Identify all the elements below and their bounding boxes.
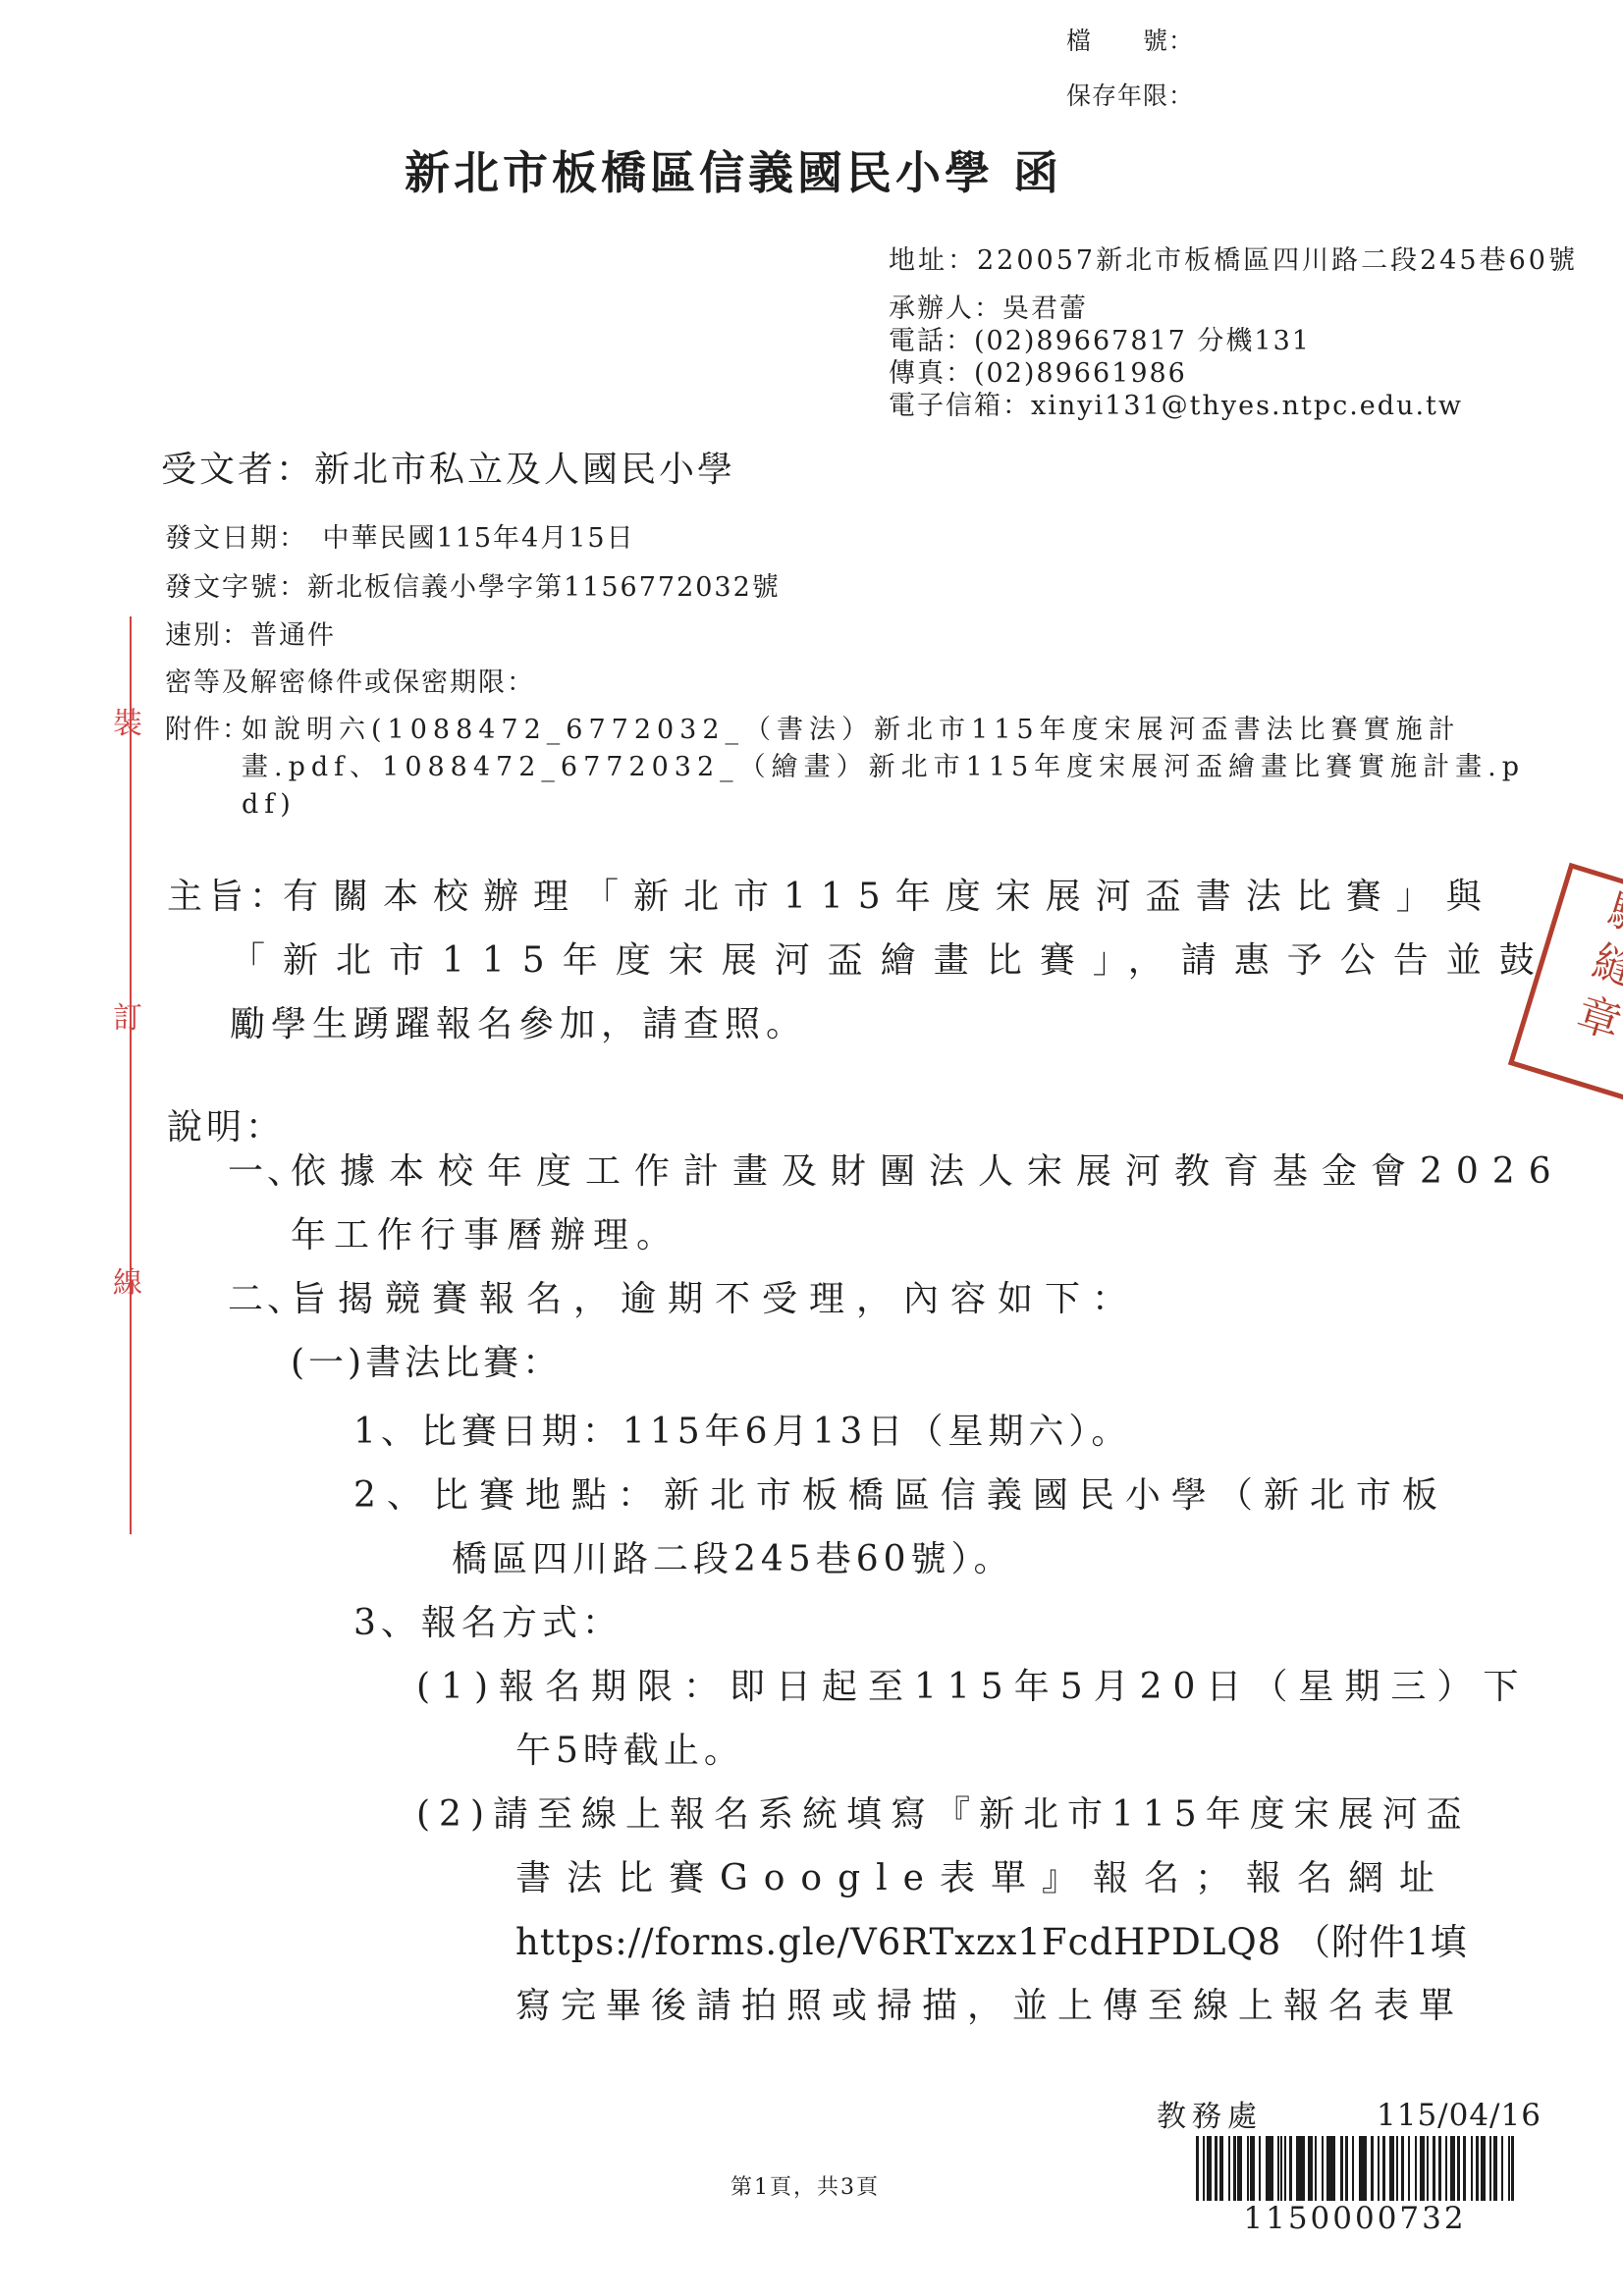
priority-level: 速別：普通件	[165, 620, 336, 651]
binding-mark-ding: 訂	[113, 993, 142, 1037]
document-page: 檔 號： 保存年限： 新北市板橋區信義國民小學 函 地址：220057新北市板橋…	[0, 0, 1623, 2296]
explanation-item-line: 旨揭競賽報名，逾期不受理，內容如下：	[291, 1279, 1139, 1319]
barcode	[1196, 2136, 1514, 2201]
contact-person: 承辦人：吳君蕾	[889, 294, 1088, 324]
contact-email: 電子信箱：xinyi131@thyes.ntpc.edu.tw	[889, 391, 1463, 421]
file-number-label: 檔 號：	[1066, 27, 1194, 56]
attachment-line: 如說明六(1088472_6772032_（書法）新北市115年度宋展河盃書法比…	[242, 715, 1461, 745]
department-stamp: 教務處	[1157, 2101, 1263, 2135]
issue-date: 發文日期： 中華民國115年4月15日	[165, 523, 635, 554]
seal-char: 騎	[1603, 886, 1623, 944]
explanation-label: 說明：	[167, 1107, 285, 1148]
registration-deadline-line: (1)報名期限：即日起至115年5月20日（星期三）下	[416, 1667, 1529, 1707]
online-registration-line: (2)請至線上報名系統填寫『新北市115年度宋展河盃	[416, 1794, 1471, 1835]
binding-mark-zhuang: 裝	[113, 699, 142, 742]
registration-method-heading: 3、報名方式：	[353, 1603, 622, 1643]
explanation-item-line: 年工作行事曆辦理。	[291, 1215, 679, 1255]
paging-seal-stamp: 騎 縫 章	[1508, 863, 1623, 1107]
subject-line: 有關本校辦理「新北市115年度宋展河盃書法比賽」與	[283, 877, 1496, 917]
registration-url: https://forms.gle/V6RTxzx1FcdHPDLQ8 （附件1…	[515, 1922, 1468, 1964]
doc-number: 發文字號：新北板信義小學字第1156772032號	[165, 572, 781, 603]
stamp-date: 115/04/16	[1377, 2099, 1542, 2134]
subject-line: 「新北市115年度宋展河盃繪畫比賽」，請惠予公告並鼓	[230, 940, 1552, 981]
seal-char: 章	[1571, 990, 1623, 1048]
recipient-line: 受文者：新北市私立及人國民小學	[161, 450, 735, 490]
seal-char: 縫	[1587, 938, 1623, 996]
page-number-info: 第1頁，共3頁	[730, 2175, 880, 2200]
registration-deadline-line: 午5時截止。	[515, 1731, 744, 1771]
contest-location-line: 橋區四川路二段245巷60號）。	[452, 1539, 1014, 1579]
document-title: 新北市板橋區信義國民小學 函	[405, 147, 1062, 199]
sub-heading-calligraphy: (一)書法比賽：	[291, 1343, 562, 1383]
contact-phone: 電話：(02)89667817 分機131	[889, 326, 1311, 356]
retention-period-label: 保存年限：	[1066, 82, 1194, 111]
security-level: 密等及解密條件或保密期限：	[165, 667, 535, 698]
paging-seal-text: 騎 縫 章	[1571, 886, 1623, 1048]
online-registration-line: 書法比賽Google表單』報名；報名網址	[515, 1858, 1450, 1898]
sender-address: 地址：220057新北市板橋區四川路二段245巷60號	[889, 245, 1578, 276]
contest-date-line: 1、比賽日期：115年6月13日（星期六）。	[353, 1412, 1131, 1452]
explanation-item-line: 依據本校年度工作計畫及財團法人宋展河教育基金會2026	[291, 1151, 1565, 1192]
attachment-line: 畫.pdf、1088472_6772032_（繪畫）新北市115年度宋展河盃繪畫…	[242, 752, 1525, 782]
contest-location-line: 2、比賽地點：新北市板橋區信義國民小學（新北市板	[353, 1475, 1448, 1516]
binding-mark-xian: 線	[113, 1258, 142, 1302]
contact-fax: 傳真：(02)89661986	[889, 358, 1187, 389]
subject-line: 勵學生踴躍報名參加，請查照。	[230, 1004, 807, 1044]
online-registration-line: 寫完畢後請拍照或掃描，並上傳至線上報名表單	[515, 1986, 1464, 2026]
attachment-label: 附件：	[165, 715, 250, 745]
binding-line	[130, 616, 132, 1534]
attachment-line: df)	[242, 789, 297, 820]
barcode-number: 1150000732	[1196, 2201, 1514, 2236]
subject-label: 主旨：	[167, 877, 291, 917]
